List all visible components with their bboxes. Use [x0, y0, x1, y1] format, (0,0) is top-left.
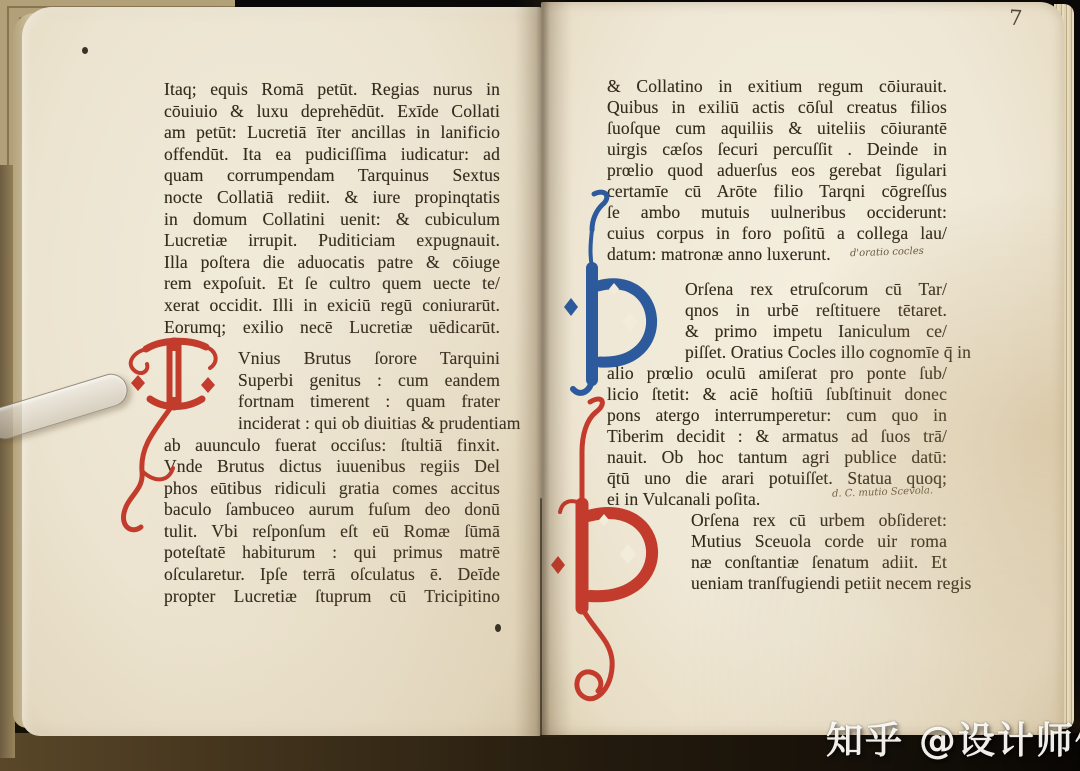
text-line: quam corrumpendam Tarquinus Sextus — [164, 165, 500, 187]
paragraph-with-initial: Vnius Brutus ſorore TarquiniSuperbi geni… — [164, 348, 500, 607]
text-line: baculo ſambuceo aurum fuſum deo donū — [164, 499, 500, 521]
paragraph-with-initial: Orſena rex cū urbem obſideret:Mutius Sce… — [607, 510, 947, 594]
text-line: & Collatino in exitium regum cōiurauit. — [607, 76, 947, 97]
dropcap-space — [607, 510, 691, 574]
text-line: inciderat : qui ob diuitias & prudentiam — [164, 413, 500, 435]
text-line: cōuiuio & luxu deprehēdūt. Exīde Collati — [164, 101, 500, 123]
paragraph-with-initial: Orſena rex etruſcorum cū Tar/qnos in urb… — [607, 279, 947, 510]
text-line: offendūt. Ita ea pudiciſſima iudicatur: … — [164, 144, 500, 166]
watermark: 知乎 @设计师倔驴 — [826, 710, 1080, 764]
text-line: alio prœlio oculū amiſerat pro ponte ſub… — [607, 363, 947, 384]
text-line: prœlio quod aduerſus eos gerebat ſigular… — [607, 160, 947, 181]
text-line: phos eūtibus ridiculi gratia comes accit… — [164, 478, 500, 500]
text-line: uirgis cæſos ſecuri percuſſit . Deinde i… — [607, 139, 947, 160]
wormhole-speck — [495, 624, 501, 632]
text-line: rem expoſuit. Et ſe cultro quem uecte te… — [164, 273, 500, 295]
left-text-column: Itaq; equis Romā petūt. Regias nurus inc… — [164, 79, 500, 607]
text-line: Lucretiæ irrupit. Puditiciam expugnauit. — [164, 230, 500, 252]
text-line: ueniam tranſfugiendi petiit necem regis — [607, 573, 947, 594]
text-line: Quibus in exiliū actis cōſul creatus fil… — [607, 97, 947, 118]
text-line: ſe ambo mutuis uulneribus occiderunt: — [607, 202, 947, 223]
right-page: 7 & Collatino in exitium regum cōiurauit… — [541, 2, 1064, 735]
text-line: cuius corpus in foro poſitū a collega la… — [607, 223, 947, 244]
full-lines: ueniam tranſfugiendi petiit necem regis — [607, 573, 947, 594]
folio-number: 7 — [1008, 6, 1023, 31]
right-text-column: & Collatino in exitium regum cōiurauit.Q… — [607, 76, 947, 594]
gutter-line — [540, 498, 542, 737]
left-page: Itaq; equis Romā petūt. Regias nurus inc… — [22, 7, 542, 736]
text-line: Tiberim decidit : & armatus ad ſuos trā/ — [607, 426, 947, 447]
text-line: nauit. Ob hoc tantum agri publice datū: — [607, 447, 947, 468]
text-line: Vnde Brutus dictus iuuenibus regiis Del — [164, 456, 500, 478]
paragraph: & Collatino in exitium regum cōiurauit.Q… — [607, 76, 947, 265]
text-line: propter Lucretiæ ſtuprum cū Tricipitino — [164, 586, 500, 608]
text-line: xerat occidit. Illi in exiciū regū coniu… — [164, 295, 500, 317]
text-line: ſuoſque cum aquiliis & uiteliis cōiurant… — [607, 118, 947, 139]
full-lines: piſſet. Oratius Cocles illo cognomīe q̄ … — [607, 342, 947, 510]
text-line: nocte Collatiā rediit. & iure propinqtat… — [164, 187, 500, 209]
text-line: Illa poſtera die aduocatis patre & cōiug… — [164, 252, 500, 274]
text-line: Eorumq; exilio necē Lucretiæ uēdicarūt. — [164, 317, 500, 339]
text-line: piſſet. Oratius Cocles illo cognomīe q̄ … — [607, 342, 947, 363]
wormhole-speck — [82, 47, 88, 54]
text-line: oſcularetur. Ipſe terrā oſculatus ē. Deī… — [164, 564, 500, 586]
text-line: in domum Collatini uenit: & cubiculum — [164, 209, 500, 231]
text-line: pons atergo interrumperetur: cum quo in — [607, 405, 947, 426]
text-line: certamīe cū Arōte filio Tarqni cōgreſſus — [607, 181, 947, 202]
text-line: Itaq; equis Romā petūt. Regias nurus in — [164, 79, 500, 101]
text-line: poteſtatē habiturum : qui primus matrē — [164, 542, 500, 564]
dropcap-space — [164, 348, 238, 414]
dropcap-space — [607, 279, 685, 343]
paragraph: Itaq; equis Romā petūt. Regias nurus inc… — [164, 79, 500, 338]
text-line: am petūt: Lucretiā īter ancillas in lani… — [164, 122, 500, 144]
text-line: ab auunculo fuerat occiſus: ſtultiā finx… — [164, 435, 500, 457]
text-line: licio ſtetit: & aciē hoſtiū ſubſtinuit d… — [607, 384, 947, 405]
incunabulum-photo: Itaq; equis Romā petūt. Regias nurus inc… — [0, 0, 1080, 771]
full-lines: inciderat : qui ob diuitias & prudentiam… — [164, 413, 500, 607]
text-line: tulit. Vbi reſponſum eſt eū Romæ ſūmā — [164, 521, 500, 543]
